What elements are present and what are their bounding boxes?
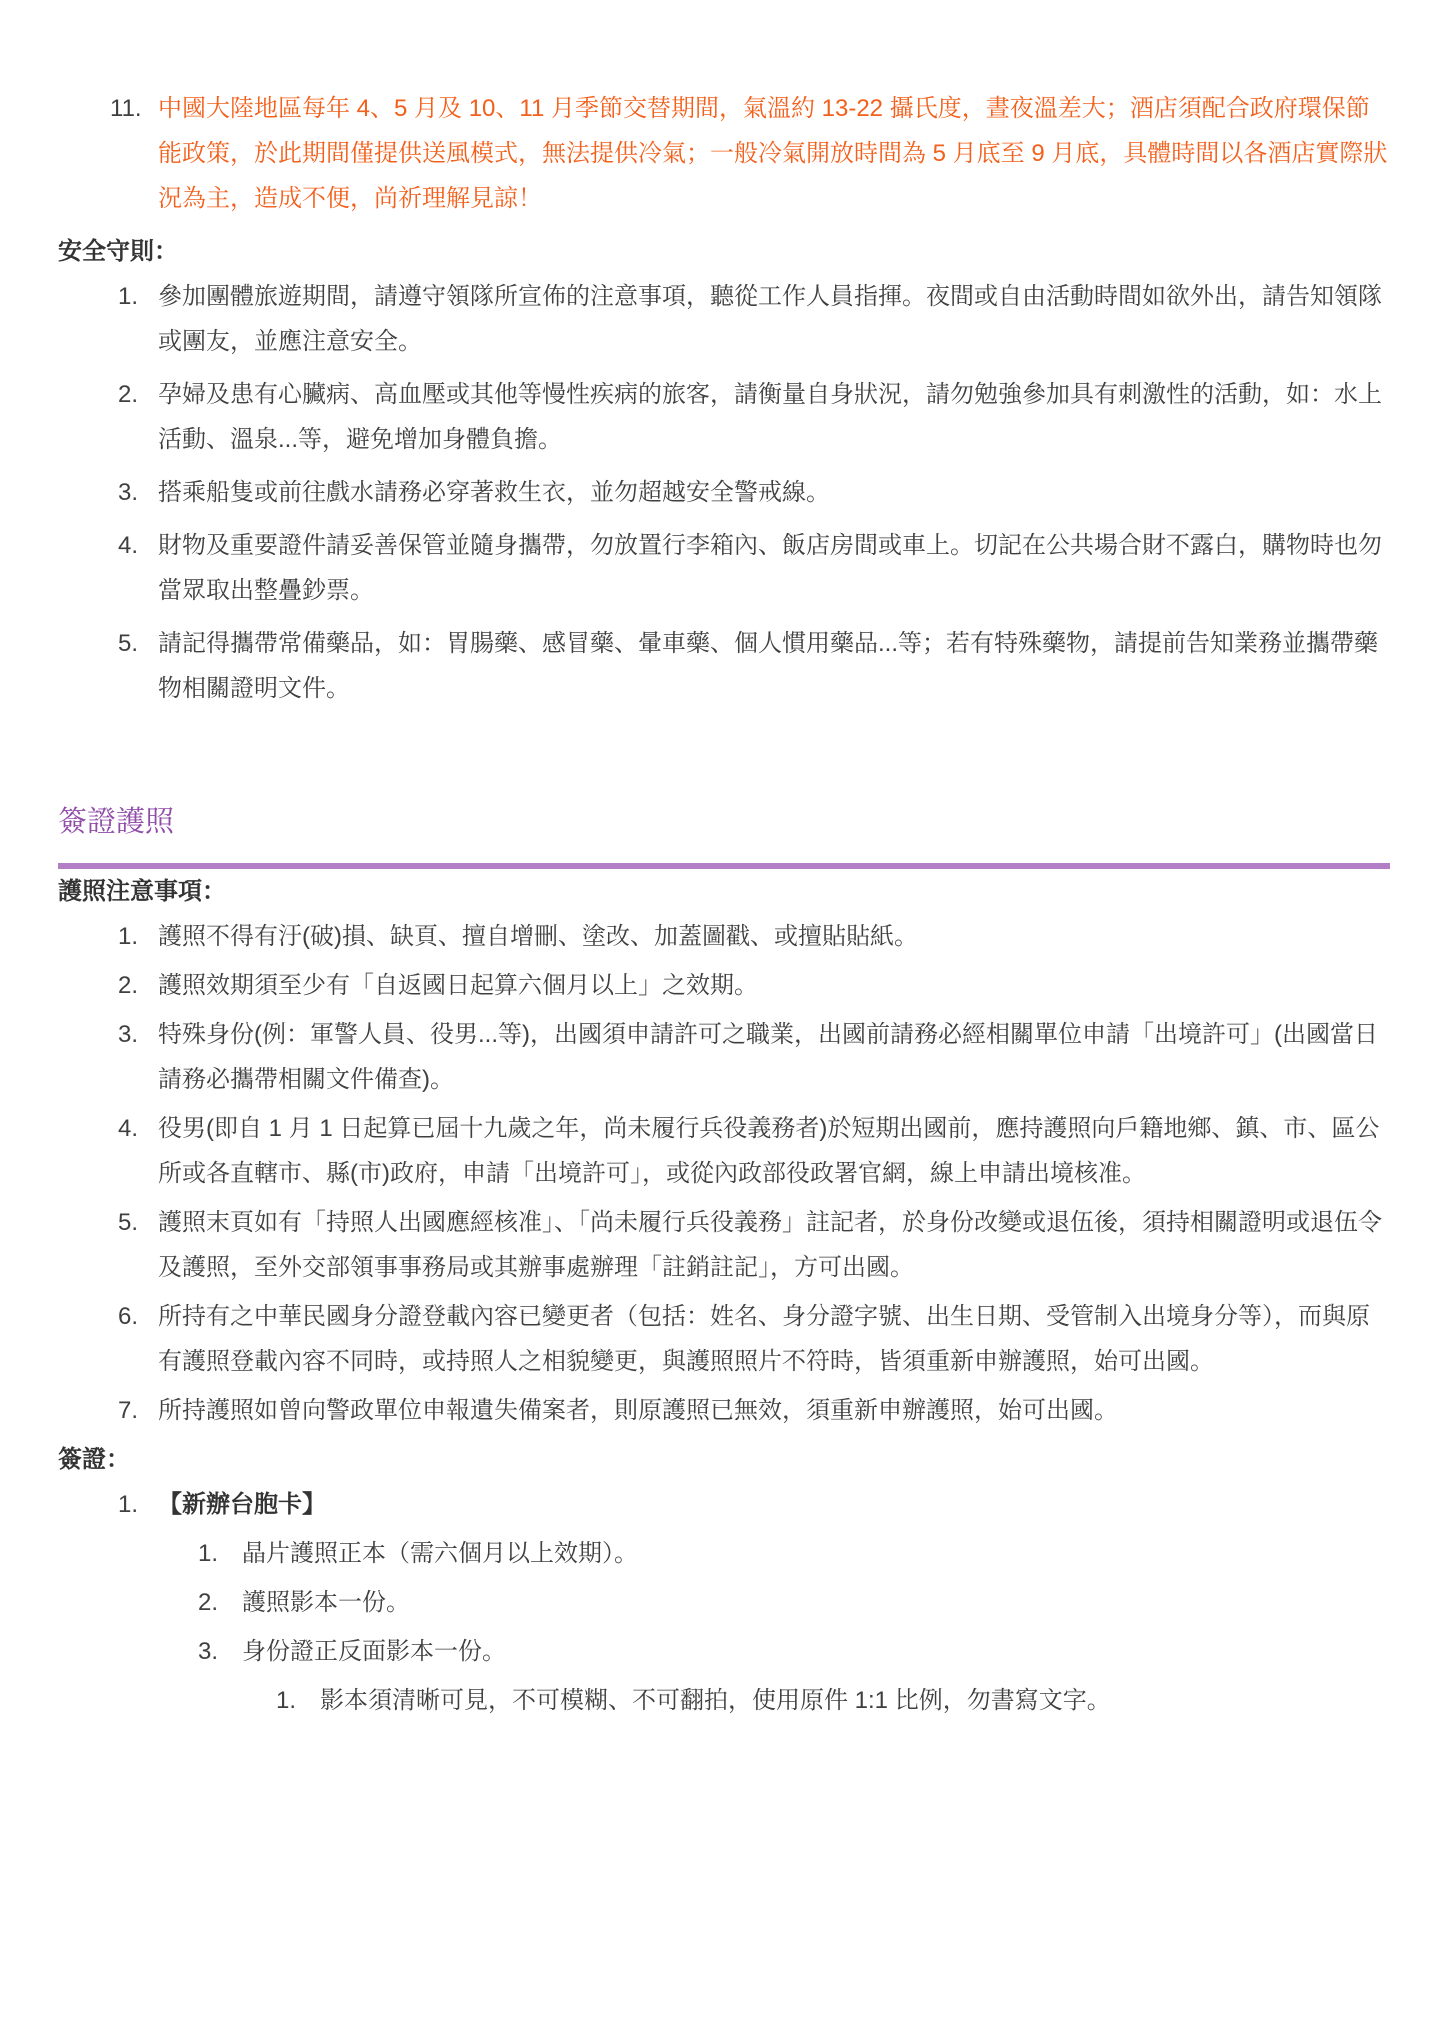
list-marker: 1. [276, 1678, 296, 1723]
passport-item-6: 6. 所持有之中華民國身分證登載內容已變更者（包括：姓名、身分證字號、出生日期、… [58, 1294, 1390, 1384]
weather-notice-text: 中國大陸地區每年 4、5 月及 10、11 月季節交替期間，氣溫約 13-22 … [158, 95, 1387, 212]
list-marker: 2. [118, 372, 138, 417]
passport-notes-list: 1. 護照不得有汙(破)損、缺頁、擅自增刪、塗改、加蓋圖戳、或擅貼貼紙。 2. … [58, 914, 1390, 1433]
list-marker: 3. [118, 470, 138, 515]
safety-item-text: 請記得攜帶常備藥品，如：胃腸藥、感冒藥、暈車藥、個人慣用藥品...等；若有特殊藥… [158, 630, 1378, 702]
passport-item-text: 護照效期須至少有「自返國日起算六個月以上」之效期。 [158, 972, 758, 999]
list-marker: 5. [118, 1200, 138, 1245]
list-marker: 5. [118, 621, 138, 666]
list-marker: 1. [118, 914, 138, 959]
safety-item-5: 5. 請記得攜帶常備藥品，如：胃腸藥、感冒藥、暈車藥、個人慣用藥品...等；若有… [58, 621, 1390, 711]
visa-item-1: 1. 【新辦台胞卡】 [58, 1482, 1390, 1527]
weather-notice-item: 11. 中國大陸地區每年 4、5 月及 10、11 月季節交替期間，氣溫約 13… [58, 86, 1390, 221]
list-marker: 3. [118, 1012, 138, 1057]
safety-item-3: 3. 搭乘船隻或前往戲水請務必穿著救生衣，並勿超越安全警戒線。 [58, 470, 1390, 515]
section-title: 簽證護照 [58, 801, 1390, 843]
visa-subitem-1: 1. 晶片護照正本（需六個月以上效期）。 [58, 1531, 1390, 1576]
visa-subitem-3: 3. 身份證正反面影本一份。 [58, 1629, 1390, 1674]
list-marker: 7. [118, 1388, 138, 1433]
list-marker: 6. [118, 1294, 138, 1339]
visa-subitem-2: 2. 護照影本一份。 [58, 1580, 1390, 1625]
passport-item-text: 護照末頁如有「持照人出國應經核准」、「尚未履行兵役義務」註記者，於身份改變或退伍… [158, 1209, 1382, 1281]
passport-item-3: 3. 特殊身份(例：軍警人員、役男...等)，出國須申請許可之職業，出國前請務必… [58, 1012, 1390, 1102]
passport-item-text: 護照不得有汙(破)損、缺頁、擅自增刪、塗改、加蓋圖戳、或擅貼貼紙。 [158, 923, 918, 950]
passport-item-1: 1. 護照不得有汙(破)損、缺頁、擅自增刪、塗改、加蓋圖戳、或擅貼貼紙。 [58, 914, 1390, 959]
list-marker: 2. [198, 1580, 218, 1625]
list-marker: 1. [118, 274, 138, 319]
visa-subitem-text: 身份證正反面影本一份。 [242, 1638, 506, 1665]
passport-item-text: 役男(即自 1 月 1 日起算已屆十九歲之年，尚未履行兵役義務者)於短期出國前，… [158, 1115, 1379, 1187]
safety-item-2: 2. 孕婦及患有心臟病、高血壓或其他等慢性疾病的旅客，請衡量自身狀況，請勿勉強參… [58, 372, 1390, 462]
visa-subsubitem-1: 1. 影本須清晰可見，不可模糊、不可翻拍，使用原件 1:1 比例，勿書寫文字。 [58, 1678, 1390, 1723]
visa-list: 1. 【新辦台胞卡】 1. 晶片護照正本（需六個月以上效期）。 2. 護照影本一… [58, 1482, 1390, 1723]
visa-subitem-text: 晶片護照正本（需六個月以上效期）。 [242, 1540, 638, 1567]
visa-passport-section-header: 簽證護照 [58, 801, 1390, 869]
safety-heading: 安全守則： [58, 229, 1390, 274]
passport-notes-heading: 護照注意事項： [58, 869, 1390, 914]
safety-list: 1. 參加團體旅遊期間，請遵守領隊所宣佈的注意事項，聽從工作人員指揮。夜間或自由… [58, 274, 1390, 711]
passport-item-text: 所持護照如曾向警政單位申報遺失備案者，則原護照已無效，須重新申辦護照，始可出國。 [158, 1397, 1118, 1424]
passport-item-2: 2. 護照效期須至少有「自返國日起算六個月以上」之效期。 [58, 963, 1390, 1008]
list-marker: 2. [118, 963, 138, 1008]
passport-item-7: 7. 所持護照如曾向警政單位申報遺失備案者，則原護照已無效，須重新申辦護照，始可… [58, 1388, 1390, 1433]
list-marker: 1. [198, 1531, 218, 1576]
visa-subitem-text: 護照影本一份。 [242, 1589, 410, 1616]
safety-item-text: 搭乘船隻或前往戲水請務必穿著救生衣，並勿超越安全警戒線。 [158, 479, 830, 506]
document-page: 11. 中國大陸地區每年 4、5 月及 10、11 月季節交替期間，氣溫約 13… [0, 0, 1440, 1767]
safety-item-text: 參加團體旅遊期間，請遵守領隊所宣佈的注意事項，聽從工作人員指揮。夜間或自由活動時… [158, 283, 1382, 355]
safety-item-text: 孕婦及患有心臟病、高血壓或其他等慢性疾病的旅客，請衡量自身狀況，請勿勉強參加具有… [158, 381, 1382, 453]
passport-item-5: 5. 護照末頁如有「持照人出國應經核准」、「尚未履行兵役義務」註記者，於身份改變… [58, 1200, 1390, 1290]
visa-item-title: 【新辦台胞卡】 [158, 1491, 326, 1518]
passport-item-text: 特殊身份(例：軍警人員、役男...等)，出國須申請許可之職業，出國前請務必經相關… [158, 1021, 1378, 1093]
list-marker: 1. [118, 1482, 138, 1527]
passport-item-4: 4. 役男(即自 1 月 1 日起算已屆十九歲之年，尚未履行兵役義務者)於短期出… [58, 1106, 1390, 1196]
list-marker: 4. [118, 1106, 138, 1151]
safety-item-4: 4. 財物及重要證件請妥善保管並隨身攜帶，勿放置行李箱內、飯店房間或車上。切記在… [58, 523, 1390, 613]
safety-item-1: 1. 參加團體旅遊期間，請遵守領隊所宣佈的注意事項，聽從工作人員指揮。夜間或自由… [58, 274, 1390, 364]
list-marker: 3. [198, 1629, 218, 1674]
visa-heading: 簽證： [58, 1437, 1390, 1482]
list-marker: 11. [110, 86, 142, 131]
visa-subsubitem-text: 影本須清晰可見，不可模糊、不可翻拍，使用原件 1:1 比例，勿書寫文字。 [320, 1687, 1111, 1714]
passport-item-text: 所持有之中華民國身分證登載內容已變更者（包括：姓名、身分證字號、出生日期、受管制… [158, 1303, 1370, 1375]
safety-item-text: 財物及重要證件請妥善保管並隨身攜帶，勿放置行李箱內、飯店房間或車上。切記在公共場… [158, 532, 1382, 604]
list-marker: 4. [118, 523, 138, 568]
